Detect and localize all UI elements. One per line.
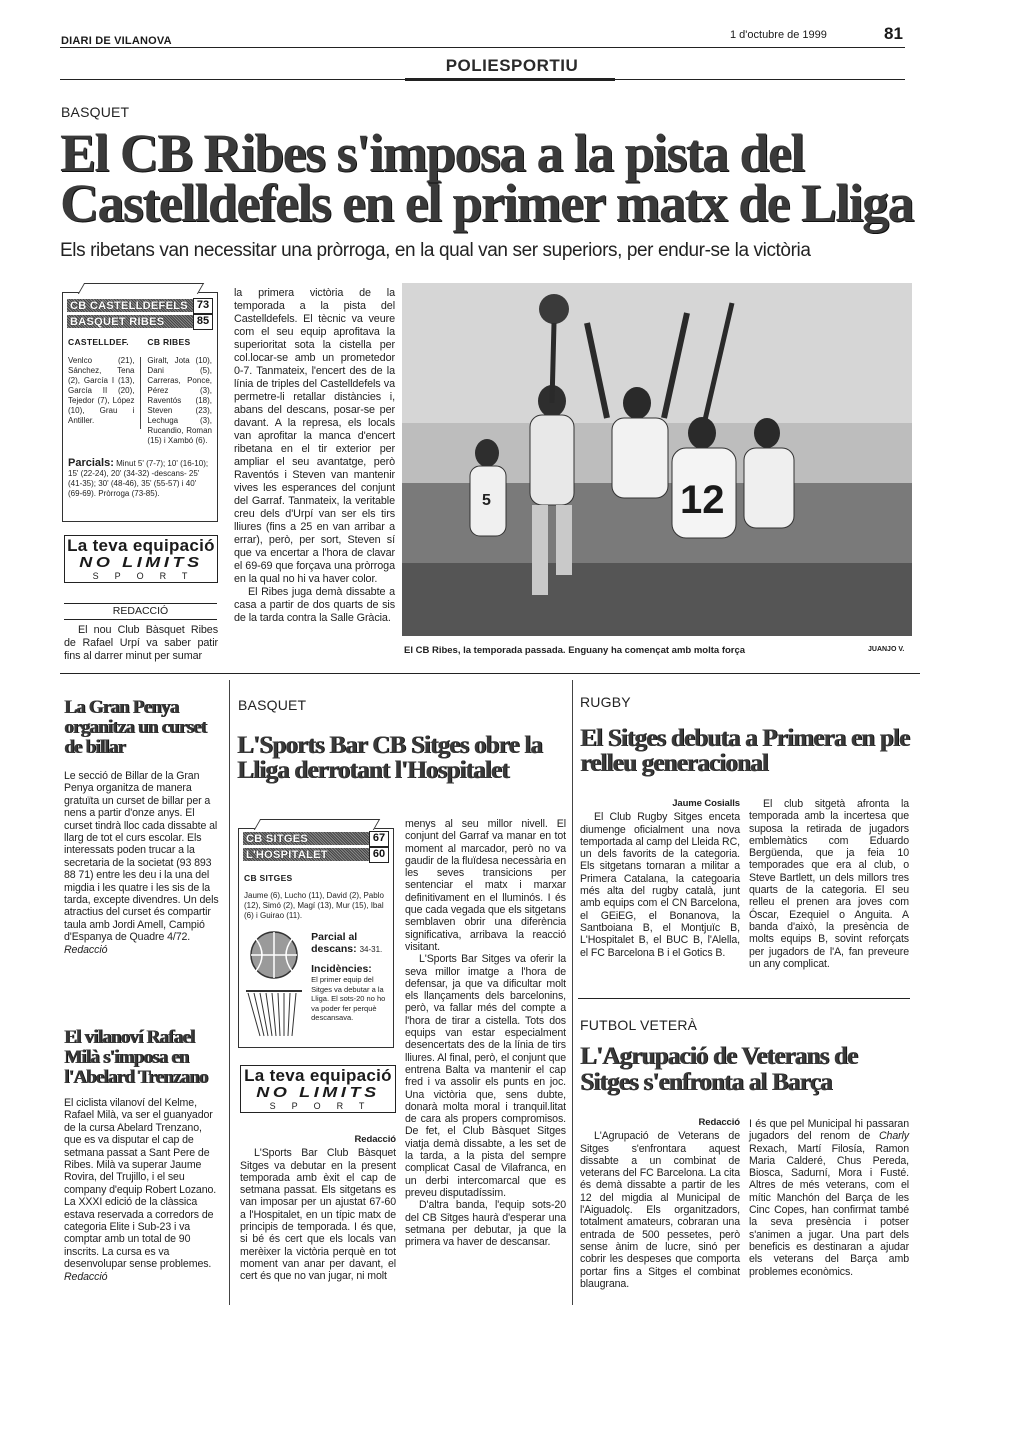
photo-credit: JUANJO V. <box>868 646 904 653</box>
ad-tagline: La teva equipació <box>65 536 217 555</box>
rugby-bottom-rule <box>578 998 910 999</box>
veterans-col1-paragraph: L'Agrupació de Veterans de Sitges s'enfr… <box>580 1130 740 1290</box>
team-name: CB SITGES <box>243 833 369 845</box>
lead-col2: la primera victòria de la temporada a la… <box>234 287 395 625</box>
rugby-kicker: RUGBY <box>580 694 631 710</box>
lead-byline: REDACCIÓ <box>64 605 217 617</box>
halftime-value: 34-31. <box>360 945 383 954</box>
team-row-2: L'HOSPITALET 60 <box>243 848 389 861</box>
scorebox-sitges-hospitalet: CB SITGES 67 L'HOSPITALET 60 CB SITGES J… <box>238 828 394 1048</box>
team-row-2: BASQUET RIBES 85 <box>67 315 213 328</box>
brief2-text: El ciclista vilanoví del Kelme, Rafael M… <box>64 1097 216 1270</box>
partials: Parcials: Minut 5' (7-7); 10' (16-10); 1… <box>63 446 217 499</box>
brief1-body: Le secció de Billar de la Gran Penya org… <box>64 770 219 956</box>
page-number: 81 <box>884 24 903 44</box>
lead-deck: Els ribetans van necessitar una pròrroga… <box>60 240 920 262</box>
lead-col1: El nou Club Bàsquet Ribes de Rafael Urpí… <box>64 624 218 664</box>
ad-brand: NO LIMITS <box>50 555 232 571</box>
section-rule-accent <box>405 78 615 81</box>
veterans-col2-paragraph: I és que pel Municipal hi passaran jugad… <box>749 1118 909 1278</box>
team-score: 60 <box>369 847 389 863</box>
ad-tagline: La teva equipació <box>241 1066 395 1085</box>
lineup-sitges: Jaume (6), Lucho (11), David (2), Pablo … <box>239 883 393 921</box>
incidents-label: Incidències: <box>311 963 388 975</box>
ad-subbrand: SPORT <box>65 571 217 582</box>
rugby-col1-paragraph: El Club Rugby Sitges enceta diumenge ofi… <box>580 811 740 959</box>
column-divider-2 <box>572 680 573 1305</box>
brief1-headline: La Gran Penya organitza un curset de bil… <box>64 698 224 758</box>
lineup-home: Venlco (21), Sánchez, Tena (2), García I… <box>68 356 134 426</box>
column-divider-1 <box>229 680 230 1305</box>
rugby-col2: El club sitgetà afronta la temporada amb… <box>749 798 909 970</box>
sitges-col2-paragraph-1: menys al seu millor nivell. El conjunt d… <box>405 818 566 953</box>
publication-name: DIARI DE VILANOVA <box>61 35 172 47</box>
rugby-col1: Jaume Cosialls El Club Rugby Sitges ence… <box>580 798 740 959</box>
basketball-graphic <box>244 931 305 1046</box>
sitges-col1-paragraph: L'Sports Bar Club Bàsquet Sitges va debu… <box>240 1147 396 1282</box>
lead-bottom-rule <box>60 673 920 674</box>
italic-name: Charly <box>879 1130 909 1142</box>
halftime: Parcial al descans: 34-31. <box>311 931 388 955</box>
svg-text:12: 12 <box>680 478 725 522</box>
brief1-signature: Redacció <box>64 944 107 956</box>
ad-brand: NO LIMITS <box>226 1085 411 1101</box>
photo-caption: El CB Ribes, la temporada passada. Engua… <box>404 645 745 656</box>
sitges-byline: Redacció <box>240 1134 396 1146</box>
lineup-away: Giralt, Jota (10), Dani (5), Carreras, P… <box>147 356 212 446</box>
team-row-1: CB SITGES 67 <box>243 832 389 845</box>
sitges-kicker: BASQUET <box>238 697 306 713</box>
veterans-byline: Redacció <box>580 1117 740 1129</box>
brief2-body: El ciclista vilanoví del Kelme, Rafael M… <box>64 1097 222 1283</box>
team-score: 73 <box>193 298 213 314</box>
team-name: BASQUET RIBES <box>67 316 193 328</box>
svg-text:5: 5 <box>482 492 491 509</box>
photo-illustration: 5 12 <box>402 283 912 636</box>
basketball-game-photo: 5 12 <box>402 283 912 636</box>
lead-headline-line1: El CB Ribes s'imposa a la pista del <box>60 128 920 178</box>
team-score: 67 <box>369 831 389 847</box>
veterans-col2: I és que pel Municipal hi passaran jugad… <box>749 1118 909 1278</box>
scorebox-tab <box>254 819 380 830</box>
brief2-signature: Redacció <box>64 1271 107 1283</box>
rugby-col2-paragraph: El club sitgetà afronta la temporada amb… <box>749 798 909 970</box>
lineup-head-away: CB RIBES <box>147 337 212 347</box>
team-score: 85 <box>193 314 213 330</box>
team-name: L'HOSPITALET <box>243 849 369 861</box>
lead-headline: El CB Ribes s'imposa a la pista del Cast… <box>60 128 920 228</box>
brief2-headline: El vilanoví Rafael Milà s'imposa en l'Ab… <box>64 1028 229 1088</box>
veterans-col1: Redacció L'Agrupació de Veterans de Sitg… <box>580 1117 740 1290</box>
basketball-hoop-icon <box>244 931 304 1041</box>
masthead-rule <box>60 47 905 48</box>
partials-label: Parcials: <box>68 457 114 469</box>
lead-headline-line2: Castelldefels en el primer matx de Lliga <box>60 178 920 228</box>
no-limits-ad: La teva equipació NO LIMITS SPORT <box>64 535 218 583</box>
scorebox-tab <box>78 283 204 294</box>
rugby-headline: El Sitges debuta a Primera en ple relleu… <box>580 726 910 776</box>
byline-rule-bottom <box>64 619 217 620</box>
lineup-head: CB SITGES <box>239 864 393 883</box>
section-title: POLIESPORTIU <box>0 56 1024 76</box>
lineup-head-home: CASTELLDEF. <box>68 337 134 347</box>
no-limits-ad-2: La teva equipació NO LIMITS SPORT <box>240 1065 396 1113</box>
team-row-1: CB CASTELLDEFELS 73 <box>67 299 213 312</box>
sitges-headline: L'Sports Bar CB Sitges obre la Lliga der… <box>237 733 567 783</box>
sitges-col2-paragraph-2: L'Sports Bar Sitges va oferir la seva mi… <box>405 953 566 1199</box>
issue-date: 1 d'octubre de 1999 <box>730 29 827 41</box>
sitges-col1: Redacció L'Sports Bar Club Bàsquet Sitge… <box>240 1134 396 1283</box>
rugby-byline: Jaume Cosialls <box>580 798 740 810</box>
veterans-kicker: FUTBOL VETERÀ <box>580 1017 697 1033</box>
lead-kicker: BASQUET <box>61 104 129 120</box>
byline-rule-top <box>64 603 217 604</box>
scorebox-castelldefels-ribes: CB CASTELLDEFELS 73 BASQUET RIBES 85 CAS… <box>62 292 218 522</box>
lead-col1-paragraph: El nou Club Bàsquet Ribes de Rafael Urpí… <box>64 624 218 664</box>
sitges-col2-paragraph-3: D'altra banda, l'equip sots-20 del CB Si… <box>405 1199 566 1248</box>
lineup-divider <box>140 357 141 429</box>
brief1-text: Le secció de Billar de la Gran Penya org… <box>64 770 219 943</box>
incidents-text: El primer equip del Sitges va debutar a … <box>311 975 388 1023</box>
lead-col2-paragraph-2: El Ribes juga demà dissabte a casa a par… <box>234 586 395 625</box>
veterans-headline: L'Agrupació de Veterans de Sitges s'enfr… <box>580 1044 910 1096</box>
sitges-col2: menys al seu millor nivell. El conjunt d… <box>405 818 566 1248</box>
lead-col2-paragraph-1: la primera victòria de la temporada a la… <box>234 287 395 586</box>
team-name: CB CASTELLDEFELS <box>67 300 193 312</box>
ad-subbrand: SPORT <box>241 1101 395 1112</box>
halftime-label: Parcial al descans: <box>311 931 357 955</box>
